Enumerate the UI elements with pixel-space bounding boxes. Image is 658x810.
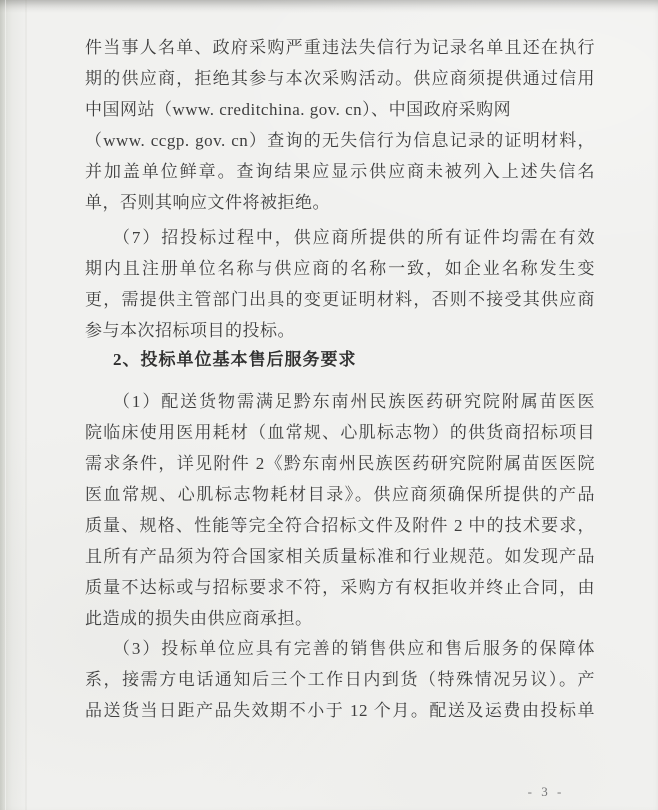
text-line: 质量不达标或与招标要求不符，采购方有权拒收并终止合同，由	[85, 572, 595, 603]
section-heading-after-sales: 2、投标单位基本售后服务要求	[85, 344, 595, 375]
text-line: 更，需提供主管部门出具的变更证明材料，否则不接受其供应商	[85, 284, 595, 315]
paragraph-credit-check: 件当事人名单、政府采购严重违法失信行为记录名单且还在执行 期的供应商，拒绝其参与…	[85, 32, 595, 218]
text-line: 单，否则其响应文件将被拒绝。	[85, 187, 595, 218]
text-line: 系，接需方电话通知后三个工作日内到货（特殊情况另议）。产	[85, 664, 595, 695]
text-line: 中国网站（www. creditchina. gov. cn）、中国政府采购网	[85, 94, 595, 125]
scan-left-shadow	[0, 0, 28, 810]
text-line: 件当事人名单、政府采购严重违法失信行为记录名单且还在执行	[85, 32, 595, 63]
page-number: - 3 -	[518, 784, 574, 800]
paragraph-item-7: （7）招投标过程中，供应商所提供的所有证件均需在有效 期内且注册单位名称与供应商…	[85, 222, 595, 346]
text-line: 此造成的损失由供应商承担。	[85, 603, 595, 634]
paragraph-item-1: （1）配送货物需满足黔东南州民族医药研究院附属苗医医 院临床使用医用耗材（血常规…	[85, 386, 595, 634]
paragraph-item-3: （3）投标单位应具有完善的销售供应和售后服务的保障体 系，接需方电话通知后三个工…	[85, 633, 595, 726]
text-line: （www. ccgp. gov. cn）查询的无失信行为信息记录的证明材料，	[85, 125, 595, 156]
section-heading-text: 2、投标单位基本售后服务要求	[85, 344, 595, 375]
text-line: （3）投标单位应具有完善的销售供应和售后服务的保障体	[85, 633, 595, 664]
text-line: 期内且注册单位名称与供应商的名称一致，如企业名称发生变	[85, 253, 595, 284]
text-line: 质量、规格、性能等完全符合招标文件及附件 2 中的技术要求，	[85, 510, 595, 541]
scan-edge-highlight	[5, 0, 6, 810]
text-line: （7）招投标过程中，供应商所提供的所有证件均需在有效	[85, 222, 595, 253]
scan-streak	[25, 0, 27, 810]
text-line: 且所有产品须为符合国家相关质量标准和行业规范。如发现产品	[85, 541, 595, 572]
text-line: 需求条件，详见附件 2《黔东南州民族医药研究院附属苗医医院	[85, 448, 595, 479]
text-line: 品送货当日距产品失效期不小于 12 个月。配送及运费由投标单	[85, 695, 595, 726]
text-line: 期的供应商，拒绝其参与本次采购活动。供应商须提供通过信用	[85, 63, 595, 94]
text-line: 医血常规、心肌标志物耗材目录》。供应商须确保所提供的产品	[85, 479, 595, 510]
text-line: 院临床使用医用耗材（血常规、心肌标志物）的供货商招标项目	[85, 417, 595, 448]
scan-top-shadow	[0, 0, 658, 13]
text-line: 参与本次招标项目的投标。	[85, 315, 595, 346]
text-line: （1）配送货物需满足黔东南州民族医药研究院附属苗医医	[85, 386, 595, 417]
scanned-document-page: 件当事人名单、政府采购严重违法失信行为记录名单且还在执行 期的供应商，拒绝其参与…	[0, 0, 658, 810]
text-line: 并加盖单位鲜章。查询结果应显示供应商未被列入上述失信名	[85, 156, 595, 187]
